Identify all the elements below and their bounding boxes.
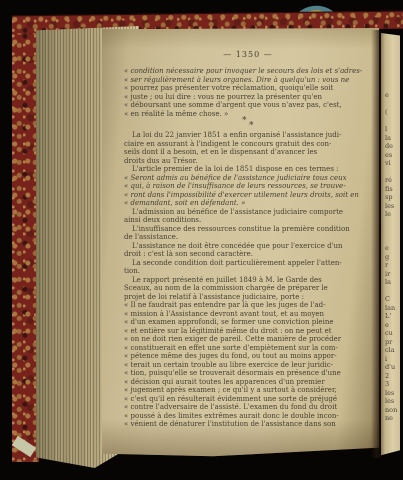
text-line: ainsi deux conditions.	[124, 216, 372, 225]
paragraph: « Il ne faudrait pas entendre par là que…	[124, 301, 372, 429]
text-line: seils dont il a besoin, et en le dispens…	[124, 148, 372, 157]
facing-page-line-fragment: vi	[385, 159, 400, 168]
facing-page-line-fragment: fis	[385, 185, 400, 194]
facing-page-line-fragment: lan	[385, 304, 400, 313]
text-line: « contre l'adversaire de l'assisté. L'ex…	[124, 403, 372, 412]
text-line: projet de loi relatif à l'assistance jud…	[124, 293, 372, 302]
paragraph: L'admission au bénéfice de l'assistance …	[124, 208, 372, 225]
text-line: Le rapport présenté en juillet 1849 à M.…	[124, 276, 372, 285]
facing-page-line-fragment: g	[385, 253, 400, 262]
text-line: L'assistance ne doit être concédée que p…	[124, 242, 372, 251]
text-line: droits dus au Trésor.	[124, 157, 372, 166]
text-line: L'insuffisance des ressources constitue …	[124, 225, 372, 234]
text-line: « Seront admis au bénéfice de l'assistan…	[124, 174, 372, 183]
paragraph: « Seront admis au bénéfice de l'assistan…	[124, 174, 372, 208]
text-line: tion.	[124, 267, 372, 276]
text-line: « demandant, soit en défendant. »	[124, 199, 372, 208]
text-line: L'article premier de la loi de 1851 disp…	[124, 165, 372, 174]
text-line: « on ne doit rien exiger de pareil. Cett…	[124, 335, 372, 344]
facing-page-line-fragment: d'u	[385, 363, 400, 372]
facing-page-line-fragment: L'	[385, 312, 400, 321]
text-line: « tion, puisqu'elle se trouverait désorm…	[124, 369, 372, 378]
paragraph: « condition nécessaire pour invoquer le …	[124, 67, 372, 118]
text-line: « décision qui aurait toutes les apparen…	[124, 378, 372, 387]
text-line: L'admission au bénéfice de l'assistance …	[124, 208, 372, 217]
text-line: « Il ne faudrait pas entendre par là que…	[124, 301, 372, 310]
facing-page-line-fragment: ré	[385, 176, 400, 185]
book-cover-left-board	[12, 22, 39, 462]
gutter-crease	[371, 30, 381, 458]
text-line: « d'un examen approfondi, se former une …	[124, 318, 372, 327]
page-number: — 1350 —	[124, 50, 372, 60]
facing-page-line-fragment: e	[385, 244, 400, 253]
facing-page-line-fragment: les	[385, 389, 400, 398]
text-line: « en réalité la même chose. »	[124, 110, 372, 119]
text-line: « pourrez pas présenter votre réclamatio…	[124, 84, 372, 93]
paragraph: La seconde condition doit particulièreme…	[124, 259, 372, 276]
facing-page-line-fragment: les	[385, 202, 400, 211]
text-line: « constituerait en effet une sorte d'emp…	[124, 344, 372, 353]
text-line: La loi du 22 janvier 1851 a enfin organi…	[124, 131, 372, 140]
facing-page-line-fragment: r	[385, 261, 400, 270]
asterism-star: *	[242, 116, 247, 126]
facing-page-line-fragment: (	[385, 108, 400, 117]
text-line: « condition nécessaire pour invoquer le …	[124, 67, 372, 76]
facing-page-line-fragment: 2	[385, 372, 400, 381]
text-line: droit : c'est là son second caractère.	[124, 250, 372, 259]
facing-page-line-fragment: de	[385, 142, 400, 151]
asterism-star: *	[249, 121, 254, 131]
facing-page-line-fragment: e	[385, 321, 400, 330]
text-line: ciaire en assurant à l'indigent le conco…	[124, 140, 372, 149]
facing-page-line-fragment: cla	[385, 346, 400, 355]
facing-page-line-fragment: i	[385, 355, 400, 364]
text-line: « c'est qu'il en résulterait évidemment …	[124, 395, 372, 404]
text-line: « et entière sur la légitimité même du d…	[124, 327, 372, 336]
facing-page-line-fragment: cu	[385, 329, 400, 338]
text-line: « jugement après examen ; ce qu'il y a s…	[124, 386, 372, 395]
facing-page-line-fragment: es	[385, 151, 400, 160]
facing-page-line-fragment: les	[385, 397, 400, 406]
facing-page-line-fragment	[385, 236, 400, 245]
facing-page-line-fragment: 3	[385, 380, 400, 389]
facing-page-line-fragment: pr	[385, 338, 400, 347]
paragraph: L'insuffisance des ressources constitue …	[124, 225, 372, 242]
text-block: — 1350 — « condition nécessaire pour inv…	[124, 50, 372, 429]
text-line: Sceaux, au nom de la commission chargée …	[124, 284, 372, 293]
text-line: « terait un certain trouble au libre exe…	[124, 361, 372, 370]
facing-page-line-fragment	[385, 117, 400, 126]
book-page: — 1350 — « condition nécessaire pour inv…	[102, 28, 379, 458]
facing-page-line-fragment: non	[385, 406, 400, 415]
facing-page-line-fragment	[385, 100, 400, 109]
text-line: « pétence même des juges du fond, ou tou…	[124, 352, 372, 361]
text-line: « poussé à des limites extrêmes aurait d…	[124, 412, 372, 421]
facing-page-text-fragments: e(lladeesviréfissplesleegrirlaClanL'ecup…	[385, 91, 400, 423]
paragraph: L'article premier de la loi de 1851 disp…	[124, 165, 372, 174]
text-line: « juste ; ou lui dire : vous ne pourrez …	[124, 93, 372, 102]
text-line: « qui, à raison de l'insuffisance de leu…	[124, 182, 372, 191]
facing-page-line-fragment: la	[385, 278, 400, 287]
text-line: de l'assistance.	[124, 233, 372, 242]
facing-page-line-fragment: l	[385, 125, 400, 134]
text-line: « vénient de dénaturer l'institution de …	[124, 420, 372, 429]
facing-page-line-fragment	[385, 168, 400, 177]
facing-page-line-fragment: e	[385, 91, 400, 100]
facing-page-line-fragment: ne	[385, 414, 400, 423]
facing-page-line-fragment	[385, 287, 400, 296]
facing-page-line-fragment: C	[385, 295, 400, 304]
paragraph: La loi du 22 janvier 1851 a enfin organi…	[124, 131, 372, 165]
facing-page-line-fragment: sp	[385, 193, 400, 202]
text-line: « ront dans l'impossibilité d'exercer ut…	[124, 191, 372, 200]
paragraph: Le rapport présenté en juillet 1849 à M.…	[124, 276, 372, 302]
facing-page-line-fragment	[385, 219, 400, 228]
text-line: « déboursant une somme d'argent que vous…	[124, 101, 372, 110]
book-photo: — 1350 — « condition nécessaire pour inv…	[0, 0, 403, 480]
facing-page-sliver: e(lladeesviréfissplesleegrirlaClanL'ecup…	[381, 33, 400, 457]
facing-page-line-fragment: ir	[385, 270, 400, 279]
facing-page-line-fragment	[385, 227, 400, 236]
asterism-separator: **	[124, 118, 372, 131]
paragraph: L'assistance ne doit être concédée que p…	[124, 242, 372, 259]
text-line: La seconde condition doit particulièreme…	[124, 259, 372, 268]
facing-page-line-fragment: le	[385, 210, 400, 219]
text-line: « ser régulièrement à leurs organes. Dir…	[124, 76, 372, 85]
text-line: « mission à l'Assistance devront avant t…	[124, 310, 372, 319]
facing-page-line-fragment: la	[385, 134, 400, 143]
